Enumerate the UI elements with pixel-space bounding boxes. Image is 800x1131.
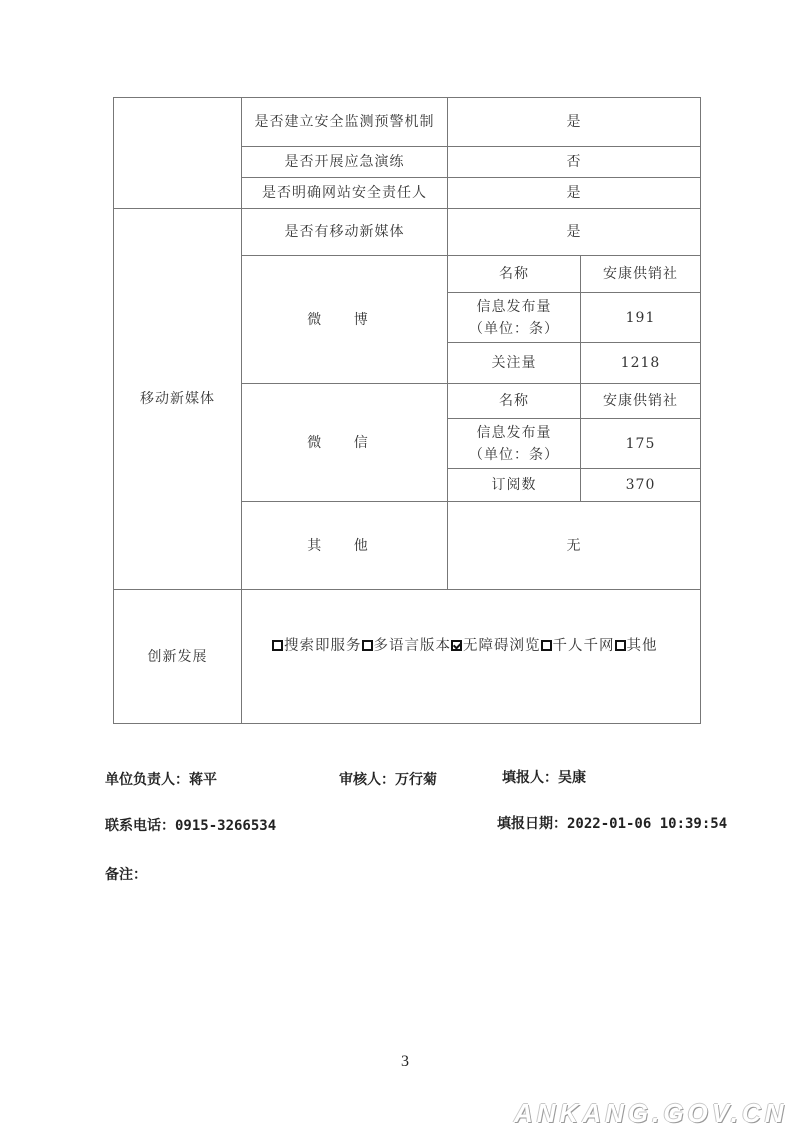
wechat-name-label: 名称 [447, 383, 581, 419]
security-section-cell [113, 97, 242, 209]
checkbox-unchecked-icon[interactable] [541, 640, 552, 651]
unit-head: 单位负责人：蒋平 [105, 769, 217, 789]
innovation-section-label: 创新发展 [113, 589, 242, 724]
contact-phone: 联系电话：0915-3266534 [105, 815, 276, 835]
mobile-media-section-label: 移动新媒体 [113, 208, 242, 590]
innovation-options: 搜索即服务 多语言版本 无障碍浏览 千人千网 其他 [241, 589, 701, 724]
fill-date: 填报日期：2022-01-06 10:39:54 [497, 813, 727, 833]
row-value-monitoring: 是 [447, 97, 701, 147]
option-personalized[interactable]: 千人千网 [541, 635, 615, 657]
checkbox-checked-icon[interactable] [451, 640, 462, 651]
option-other[interactable]: 其他 [615, 635, 658, 657]
row-label-monitoring: 是否建立安全监测预警机制 [241, 97, 448, 147]
weibo-name-value: 安康供销社 [580, 255, 701, 293]
reviewer: 审核人：万行菊 [339, 769, 437, 789]
has-media-label: 是否有移动新媒体 [241, 208, 448, 256]
wechat-posts-label: 信息发布量（单位：条） [447, 418, 581, 469]
weibo-name-label: 名称 [447, 255, 581, 293]
row-label-responsible: 是否明确网站安全责任人 [241, 177, 448, 209]
weibo-label: 微 博 [241, 255, 448, 384]
weibo-posts-label: 信息发布量（单位：条） [447, 292, 581, 343]
site-watermark: ANKANG.GOV.CN [514, 1098, 788, 1129]
other-media-value: 无 [447, 501, 701, 590]
weibo-followers-value: 1218 [580, 342, 701, 384]
other-media-label: 其 他 [241, 501, 448, 590]
weibo-followers-label: 关注量 [447, 342, 581, 384]
wechat-name-value: 安康供销社 [580, 383, 701, 419]
row-value-responsible: 是 [447, 177, 701, 209]
option-multilingual[interactable]: 多语言版本 [362, 635, 452, 657]
has-media-value: 是 [447, 208, 701, 256]
row-value-drill: 否 [447, 146, 701, 178]
remarks-label: 备注： [105, 864, 147, 884]
wechat-posts-value: 175 [580, 418, 701, 469]
checkbox-unchecked-icon[interactable] [272, 640, 283, 651]
checkbox-unchecked-icon[interactable] [362, 640, 373, 651]
option-search-as-service[interactable]: 搜索即服务 [272, 635, 362, 657]
filler: 填报人：吴康 [502, 767, 586, 787]
option-accessibility[interactable]: 无障碍浏览 [451, 635, 541, 657]
wechat-subscribers-value: 370 [580, 468, 701, 502]
wechat-label: 微 信 [241, 383, 448, 502]
report-table: 是否建立安全监测预警机制 是 是否开展应急演练 否 是否明确网站安全责任人 是 … [113, 97, 701, 724]
checkbox-unchecked-icon[interactable] [615, 640, 626, 651]
wechat-subscribers-label: 订阅数 [447, 468, 581, 502]
page-number: 3 [401, 1053, 409, 1071]
weibo-posts-value: 191 [580, 292, 701, 343]
row-label-drill: 是否开展应急演练 [241, 146, 448, 178]
